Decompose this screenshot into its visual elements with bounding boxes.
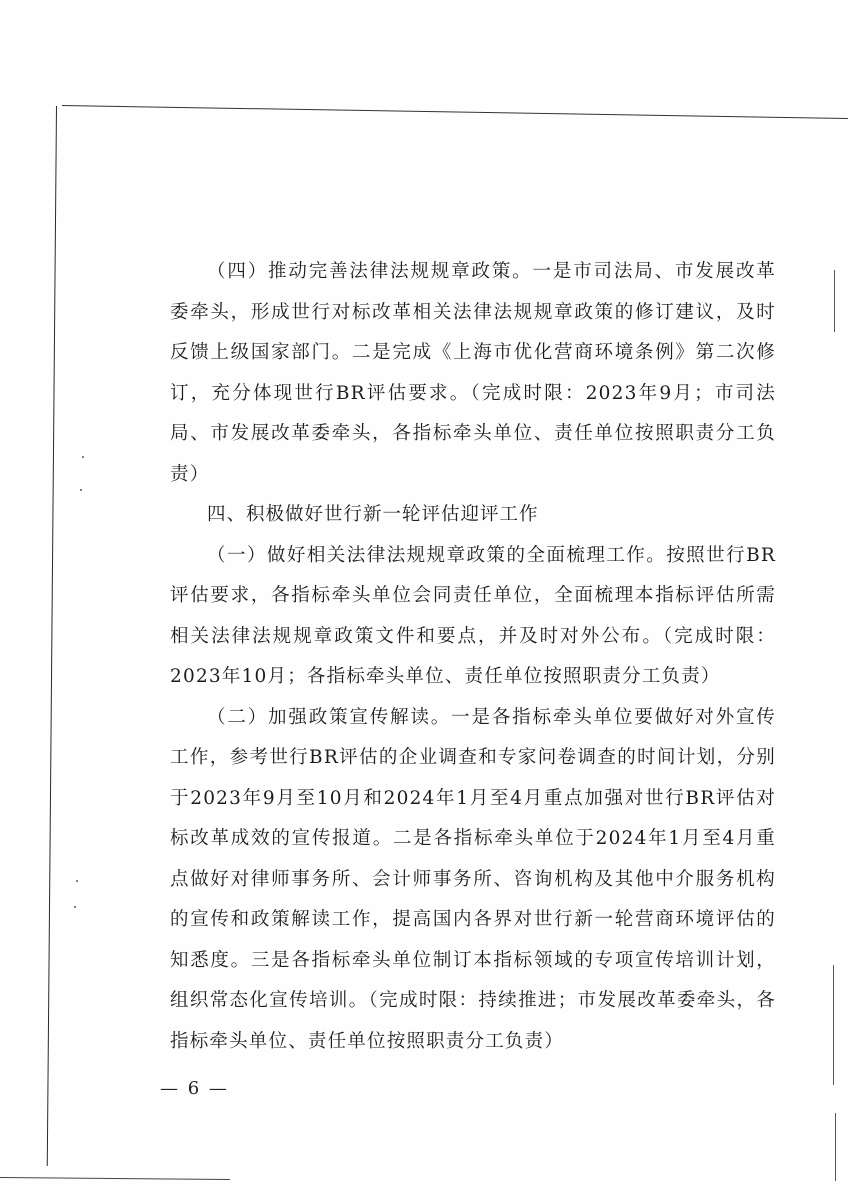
page-border-right-fragment bbox=[835, 1113, 836, 1181]
document-body: （四）推动完善法律法规规章政策。一是市司法局、市发展改革委牵头，形成世行对标改革… bbox=[170, 252, 776, 1062]
paragraph-sort-policies: （一）做好相关法律法规规章政策的全面梳理工作。按照世行BR评估要求，各指标牵头单… bbox=[170, 536, 776, 698]
page-border-left bbox=[47, 106, 57, 1166]
scan-speck bbox=[76, 880, 78, 882]
page-border-top bbox=[62, 105, 848, 119]
section-heading-four: 四、积极做好世行新一轮评估迎评工作 bbox=[170, 495, 776, 536]
page-border-right-fragment bbox=[833, 965, 834, 1085]
page-number: — 6 — bbox=[160, 1078, 229, 1099]
paragraph-promote-laws: （四）推动完善法律法规规章政策。一是市司法局、市发展改革委牵头，形成世行对标改革… bbox=[170, 252, 776, 495]
scan-speck bbox=[82, 456, 84, 458]
page-border-right-fragment bbox=[834, 270, 835, 332]
paragraph-policy-publicity: （二）加强政策宣传解读。一是各指标牵头单位要做好对外宣传工作，参考世行BR评估的… bbox=[170, 698, 776, 1063]
scan-speck bbox=[74, 906, 76, 908]
page-border-bottom bbox=[0, 1177, 230, 1180]
scan-speck bbox=[80, 489, 82, 491]
